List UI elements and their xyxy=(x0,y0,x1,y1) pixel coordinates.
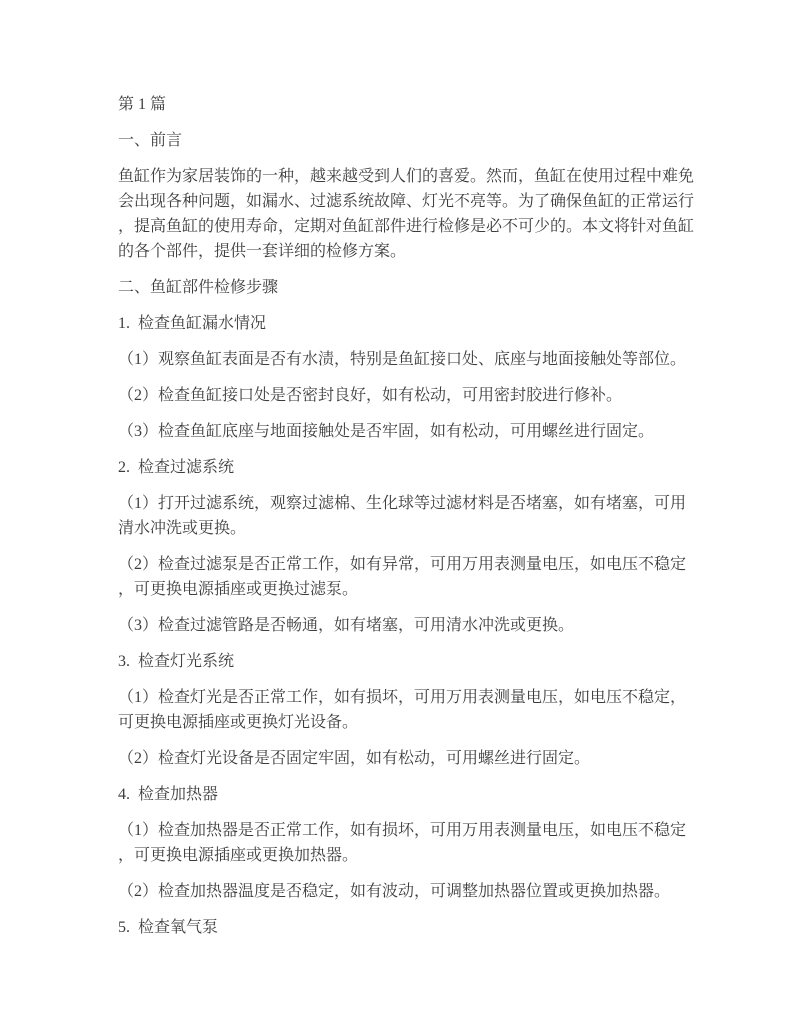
text-line: （2）检查过滤泵是否正常工作，如有异常，可用万用表测量电压，如电压不稳定 xyxy=(118,552,710,577)
text-line: 可更换电源插座或更换灯光设备。 xyxy=(118,710,710,735)
text-line: （1）观察鱼缸表面是否有水渍，特别是鱼缸接口处、底座与地面接触处等部位。 xyxy=(118,347,710,372)
text-line: （2）检查鱼缸接口处是否密封良好，如有松动，可用密封胶进行修补。 xyxy=(118,383,710,408)
intro-paragraph: 鱼缸作为家居装饰的一种，越来越受到人们的喜爱。然而，鱼缸在使用过程中难免 会出现… xyxy=(118,164,710,264)
chapter-title-text: 第 1 篇 xyxy=(118,92,710,117)
step-heading-3: 3. 检查灯光系统 xyxy=(118,649,710,674)
text-line: （3）检查过滤管路是否畅通，如有堵塞，可用清水冲洗或更换。 xyxy=(118,613,710,638)
text-line: ，可更换电源插座或更换过滤泵。 xyxy=(118,577,710,602)
substep-3-1: （1）检查灯光是否正常工作，如有损坏，可用万用表测量电压，如电压不稳定， 可更换… xyxy=(118,685,710,735)
step-heading-4: 4. 检查加热器 xyxy=(118,782,710,807)
step-heading-text: 3. 检查灯光系统 xyxy=(118,649,710,674)
step-heading-1: 1. 检查鱼缸漏水情况 xyxy=(118,311,710,336)
substep-1-1: （1）观察鱼缸表面是否有水渍，特别是鱼缸接口处、底座与地面接触处等部位。 xyxy=(118,347,710,372)
step-heading-text: 4. 检查加热器 xyxy=(118,782,710,807)
chapter-title: 第 1 篇 xyxy=(118,92,710,117)
section-heading-foreword: 一、前言 xyxy=(118,128,710,153)
text-line: ，提高鱼缸的使用寿命，定期对鱼缸部件进行检修是必不可少的。本文将针对鱼缸 xyxy=(118,214,710,239)
substep-4-2: （2）检查加热器温度是否稳定，如有波动，可调整加热器位置或更换加热器。 xyxy=(118,879,710,904)
substep-1-3: （3）检查鱼缸底座与地面接触处是否牢固，如有松动，可用螺丝进行固定。 xyxy=(118,419,710,444)
document-page: 第 1 篇 一、前言 鱼缸作为家居装饰的一种，越来越受到人们的喜爱。然而，鱼缸在… xyxy=(0,0,800,1035)
step-heading-text: 1. 检查鱼缸漏水情况 xyxy=(118,311,710,336)
text-line: （3）检查鱼缸底座与地面接触处是否牢固，如有松动，可用螺丝进行固定。 xyxy=(118,419,710,444)
text-line: （1）打开过滤系统，观察过滤棉、生化球等过滤材料是否堵塞，如有堵塞，可用 xyxy=(118,491,710,516)
substep-1-2: （2）检查鱼缸接口处是否密封良好，如有松动，可用密封胶进行修补。 xyxy=(118,383,710,408)
step-heading-text: 5. 检查氧气泵 xyxy=(118,915,710,940)
section-heading-steps: 二、鱼缸部件检修步骤 xyxy=(118,275,710,300)
substep-2-1: （1）打开过滤系统，观察过滤棉、生化球等过滤材料是否堵塞，如有堵塞，可用 清水冲… xyxy=(118,491,710,541)
step-heading-5: 5. 检查氧气泵 xyxy=(118,915,710,940)
substep-4-1: （1）检查加热器是否正常工作，如有损坏，可用万用表测量电压，如电压不稳定 ，可更… xyxy=(118,818,710,868)
substep-2-3: （3）检查过滤管路是否畅通，如有堵塞，可用清水冲洗或更换。 xyxy=(118,613,710,638)
text-line: 鱼缸作为家居装饰的一种，越来越受到人们的喜爱。然而，鱼缸在使用过程中难免 xyxy=(118,164,710,189)
substep-2-2: （2）检查过滤泵是否正常工作，如有异常，可用万用表测量电压，如电压不稳定 ，可更… xyxy=(118,552,710,602)
section-heading-text: 二、鱼缸部件检修步骤 xyxy=(118,275,710,300)
text-line: （1）检查加热器是否正常工作，如有损坏，可用万用表测量电压，如电压不稳定 xyxy=(118,818,710,843)
text-line: 清水冲洗或更换。 xyxy=(118,516,710,541)
substep-3-2: （2）检查灯光设备是否固定牢固，如有松动，可用螺丝进行固定。 xyxy=(118,746,710,771)
text-line: （2）检查加热器温度是否稳定，如有波动，可调整加热器位置或更换加热器。 xyxy=(118,879,710,904)
text-line: 会出现各种问题，如漏水、过滤系统故障、灯光不亮等。为了确保鱼缸的正常运行 xyxy=(118,189,710,214)
step-heading-text: 2. 检查过滤系统 xyxy=(118,455,710,480)
text-line: 的各个部件，提供一套详细的检修方案。 xyxy=(118,239,710,264)
text-line: ，可更换电源插座或更换加热器。 xyxy=(118,843,710,868)
step-heading-2: 2. 检查过滤系统 xyxy=(118,455,710,480)
text-line: （1）检查灯光是否正常工作，如有损坏，可用万用表测量电压，如电压不稳定， xyxy=(118,685,710,710)
section-heading-text: 一、前言 xyxy=(118,128,710,153)
text-line: （2）检查灯光设备是否固定牢固，如有松动，可用螺丝进行固定。 xyxy=(118,746,710,771)
